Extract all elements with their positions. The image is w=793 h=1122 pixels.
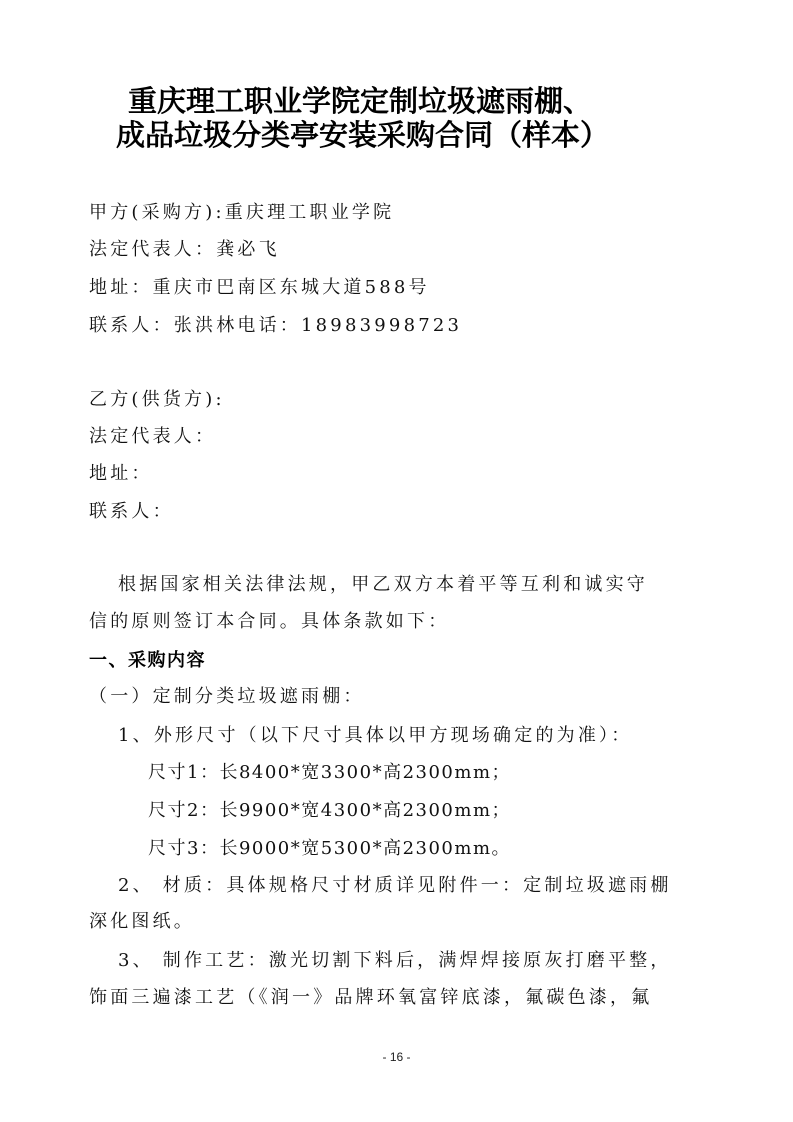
intro-paragraph-line-1: 根据国家相关法律法规，甲乙双方本着平等互利和诚实守 (118, 573, 648, 597)
item-2-material-line-2: 深化图纸。 (89, 910, 195, 934)
section-heading-procurement: 一、采购内容 (89, 649, 206, 673)
document-title-line-2: 成品垃圾分类亭安装采购合同（样本） (116, 117, 793, 153)
party-b-label: 乙方(供货方): (89, 388, 225, 412)
party-b-contact: 联系人： (89, 500, 174, 524)
item-3-process-line-2: 饰面三遍漆工艺（《润一》品牌环氧富锌底漆，氟碳色漆，氟 (89, 986, 652, 1010)
page-number: - 16 - (0, 1050, 793, 1064)
subsection-heading-rain-shelter: （一）定制分类垃圾遮雨棚： (89, 685, 365, 709)
size-3: 尺寸3：长9000*宽5300*高2300mm。 (148, 837, 511, 861)
item-2-material-line-1: 2、 材质：具体规格尺寸材质详见附件一：定制垃圾遮雨棚 (118, 874, 672, 898)
party-a-label: 甲方(采购方):重庆理工职业学院 (89, 201, 394, 225)
item-1-dimensions: 1、外形尺寸（以下尺寸具体以甲方现场确定的为准）： (118, 724, 632, 748)
party-a-contact: 联系人：张洪林电话：18983998723 (89, 314, 462, 338)
size-2: 尺寸2：长9900*宽4300*高2300mm； (148, 799, 511, 823)
item-3-process-line-1: 3、 制作工艺：激光切割下料后，满焊焊接原灰打磨平整， (118, 949, 672, 973)
document-page: 重庆理工职业学院定制垃圾遮雨棚、 成品垃圾分类亭安装采购合同（样本） 甲方(采购… (0, 0, 793, 1122)
intro-paragraph-line-2: 信的原则签订本合同。具体条款如下： (89, 610, 449, 634)
party-a-representative: 法定代表人：龚必飞 (89, 238, 280, 262)
party-a-address: 地址：重庆市巴南区东城大道588号 (89, 276, 430, 300)
party-b-representative: 法定代表人： (89, 425, 216, 449)
party-b-address: 地址： (89, 462, 153, 486)
size-1: 尺寸1：长8400*宽3300*高2300mm； (148, 761, 511, 785)
document-title-line-1: 重庆理工职业学院定制垃圾遮雨棚、 (128, 83, 793, 119)
